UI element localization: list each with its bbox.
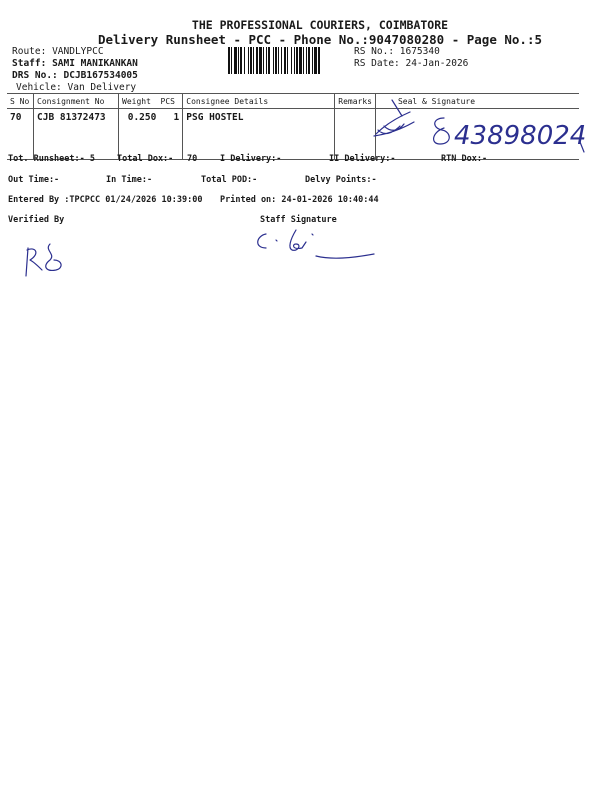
drs-label: DRS No.: <box>12 70 58 81</box>
drs-line: DRS No.: DCJB167534005 <box>12 70 138 81</box>
total-pod: Total POD:- <box>201 175 257 185</box>
handwritten-phone: 43898024 <box>454 121 586 151</box>
staff-value: SAMI MANIKANKAN <box>52 58 138 69</box>
col-consignee: Consignee Details <box>183 94 335 109</box>
staff-line: Staff: SAMI MANIKANKAN <box>12 58 138 69</box>
col-weight-pcs: Weight PCS <box>119 94 183 109</box>
ii-delivery: II Delivery:- <box>329 154 396 164</box>
seal-signature-handwriting: 43898024 <box>370 96 600 158</box>
delvy-points: Delvy Points:- <box>305 175 377 185</box>
col-weight: Weight <box>122 97 151 106</box>
vehicle-line: Vehicle: Van Delivery <box>16 82 136 93</box>
verified-by-label: Verified By <box>8 215 64 225</box>
verified-by-signature <box>20 240 80 280</box>
vehicle-label: Vehicle: <box>16 82 62 93</box>
col-pcs: PCS <box>161 97 175 106</box>
staff-label: Staff: <box>12 58 46 69</box>
i-delivery: I Delivery:- <box>220 154 281 164</box>
barcode-image <box>228 47 352 74</box>
staff-signature <box>252 226 382 266</box>
route-line: Route: VANDLYPCC <box>12 46 104 57</box>
entered-by: Entered By :TPCPCC 01/24/2026 10:39:00 <box>8 195 202 205</box>
in-time: In Time:- <box>106 175 152 185</box>
runsheet-subtitle: Delivery Runsheet - PCC - Phone No.:9047… <box>0 32 600 47</box>
col-consignment: Consignment No <box>34 94 119 109</box>
vehicle-value: Van Delivery <box>68 82 137 93</box>
tot-runsheet: Tot. Runsheet:- 5 <box>8 154 95 164</box>
rs-date: RS Date: 24-Jan-2026 <box>354 58 468 69</box>
staff-signature-label: Staff Signature <box>260 215 337 225</box>
cell-pcs: 1 <box>174 112 180 123</box>
rtn-dox: RTN Dox:- <box>441 154 487 164</box>
total-dox-label: Total Dox:- <box>117 154 173 164</box>
cell-consignee: PSG HOSTEL <box>183 109 335 160</box>
col-sno: S No <box>7 94 34 109</box>
cell-sno: 70 <box>7 109 34 160</box>
route-label: Route: <box>12 46 46 57</box>
drs-value: DCJB167534005 <box>64 70 138 81</box>
cell-weight: 0.250 <box>128 112 157 123</box>
printed-on: Printed on: 24-01-2026 10:40:44 <box>220 195 379 205</box>
company-title: THE PROFESSIONAL COURIERS, COIMBATORE <box>0 18 600 32</box>
total-dox-value: 70 <box>187 154 197 164</box>
out-time: Out Time:- <box>8 175 59 185</box>
cell-consignment: CJB 81372473 <box>34 109 119 160</box>
rs-number: RS No.: 1675340 <box>354 46 440 57</box>
route-value: VANDLYPCC <box>52 46 103 57</box>
cell-weight-pcs: 0.250 1 <box>119 109 183 160</box>
